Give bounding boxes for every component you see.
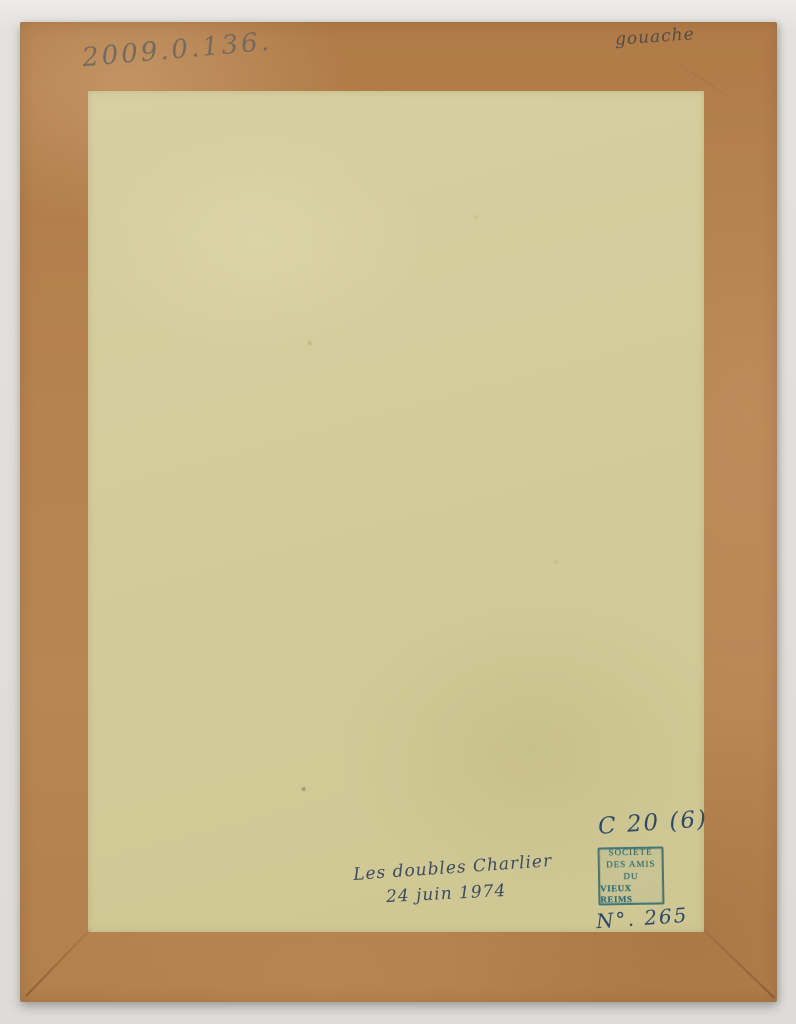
mounted-paper	[88, 91, 704, 932]
collection-stamp: SOCIÉTÉ DES AMIS DU VIEUX REIMS	[597, 846, 664, 905]
photo-background: 2009.0.136. gouache Les doubles Charlier…	[0, 0, 796, 1024]
stamp-line-des-amis: DES AMIS	[606, 859, 655, 871]
stamp-line-societe: SOCIÉTÉ	[608, 847, 652, 859]
mount-crease-bottom-left	[25, 928, 92, 997]
mount-crease-bottom-right	[703, 929, 775, 999]
medium-note-inscription: gouache	[614, 24, 695, 50]
stamp-line-vieux-reims: VIEUX REIMS	[600, 882, 662, 905]
accession-number-inscription: 2009.0.136.	[81, 27, 273, 73]
stamp-line-du: DU	[623, 871, 638, 882]
cardboard-mount: 2009.0.136. gouache Les doubles Charlier…	[20, 22, 777, 1002]
